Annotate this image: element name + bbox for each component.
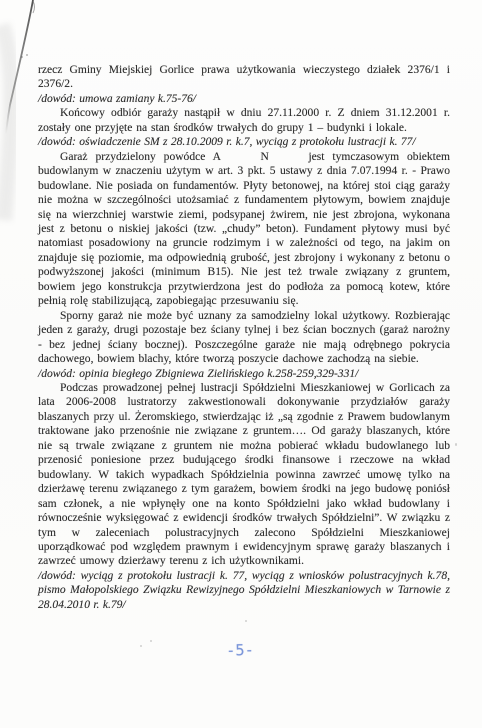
scan-speck (150, 640, 152, 642)
page-number: -5- (210, 642, 272, 660)
paragraph: Podczas prowadzonej pełnej lustracji Spó… (38, 381, 450, 569)
paragraph: Końcowy odbiór garaży nastąpił w dniu 27… (38, 106, 450, 135)
scanned-page: rzecz Gminy Miejskiej Gorlice prawa użyt… (0, 0, 482, 728)
paragraph: Garaż przydzielony powódce A N jest tymc… (38, 150, 450, 309)
document-body: rzecz Gminy Miejskiej Gorlice prawa użyt… (38, 63, 450, 612)
evidence-line: /dowód: umowa zamiany k.75-76/ (38, 92, 450, 106)
evidence-line: /dowód: wyciąg z protokołu lustracji k. … (38, 569, 450, 612)
scan-speck (455, 443, 457, 446)
paragraph-continued: rzecz Gminy Miejskiej Gorlice prawa użyt… (38, 63, 450, 92)
evidence-line: /dowód: oświadczenie SM z 28.10.2009 r. … (38, 135, 450, 149)
evidence-line: /dowód: opinia biegłego Zbigniewa Zieliń… (38, 367, 450, 381)
scan-speck (140, 645, 142, 647)
paragraph: Sporny garaż nie może być uznany za samo… (38, 309, 450, 367)
scan-speck (245, 620, 247, 622)
